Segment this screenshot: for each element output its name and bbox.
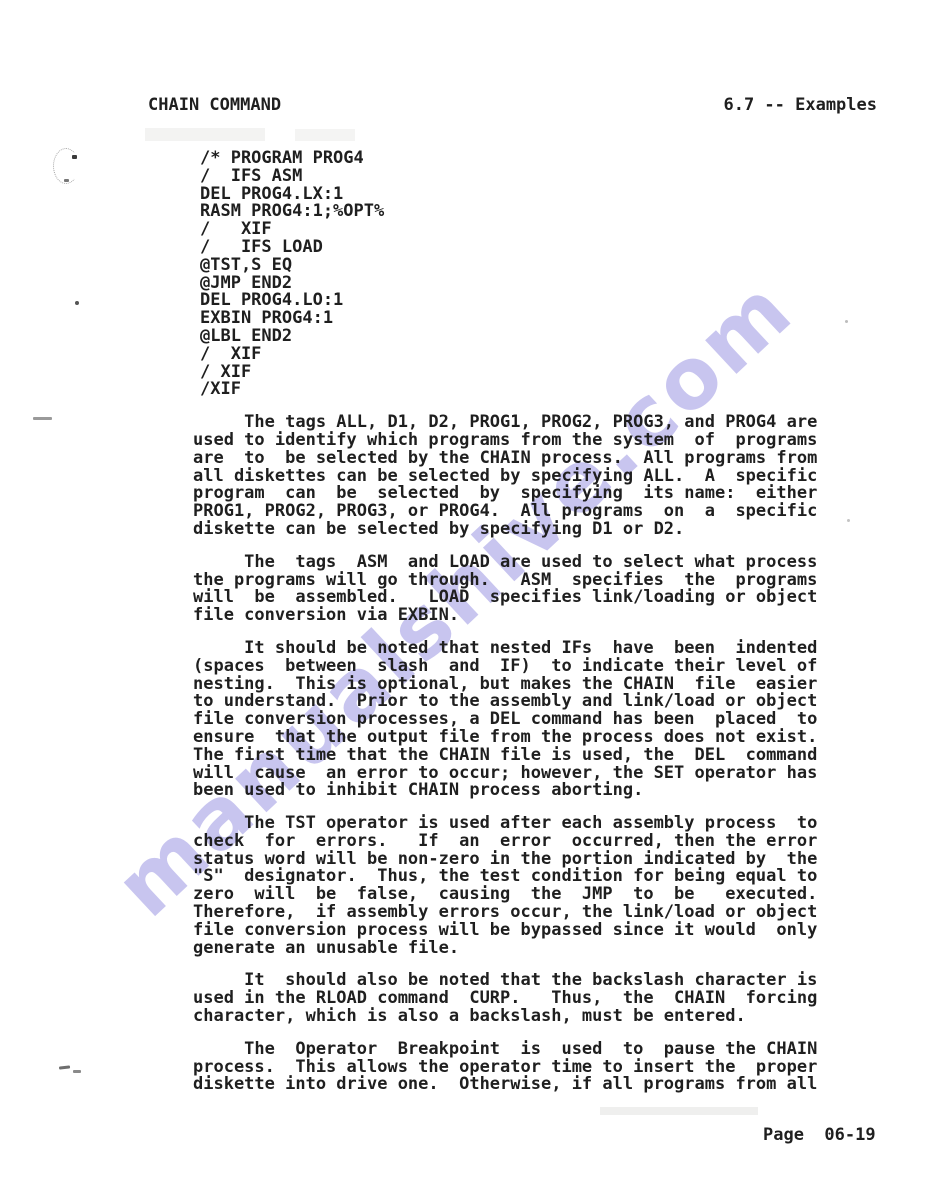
paragraph-tags-programs: The tags ALL, D1, D2, PROG1, PROG2, PROG…	[193, 414, 817, 539]
running-header-section: 6.7 -- Examples	[723, 97, 877, 115]
code-listing: /* PROGRAM PROG4 / IFS ASM DEL PROG4.LX:…	[200, 150, 817, 399]
scan-artifact-dash	[33, 417, 52, 420]
scanned-manual-page: manualshive.com CHAIN COMMAND 6.7 -- Exa…	[0, 0, 925, 1193]
scan-artifact-dot	[75, 301, 79, 305]
scan-artifact-dot	[64, 179, 69, 182]
scan-artifact-dot	[72, 155, 77, 159]
scan-artifact-smudge	[295, 129, 355, 141]
paragraph-tst-operator: The TST operator is used after each asse…	[193, 815, 817, 957]
paragraph-asm-load-tags: The tags ASM and LOAD are used to select…	[193, 554, 817, 625]
scan-artifact-dash	[59, 1065, 70, 1069]
paragraph-nested-ifs: It should be noted that nested IFs have …	[193, 640, 817, 800]
scan-artifact-smudge	[145, 128, 265, 141]
page-body: /* PROGRAM PROG4 / IFS ASM DEL PROG4.LX:…	[193, 150, 817, 1094]
page-number: Page 06-19	[763, 1127, 876, 1145]
scan-artifact-speck	[845, 320, 848, 323]
scan-artifact-dash	[73, 1070, 81, 1073]
scan-artifact-speck	[847, 519, 850, 522]
scan-artifact-smudge	[600, 1107, 758, 1115]
running-header-title: CHAIN COMMAND	[148, 97, 281, 115]
paragraph-backslash-character: It should also be noted that the backsla…	[193, 972, 817, 1025]
paragraph-operator-breakpoint: The Operator Breakpoint is used to pause…	[193, 1041, 817, 1094]
